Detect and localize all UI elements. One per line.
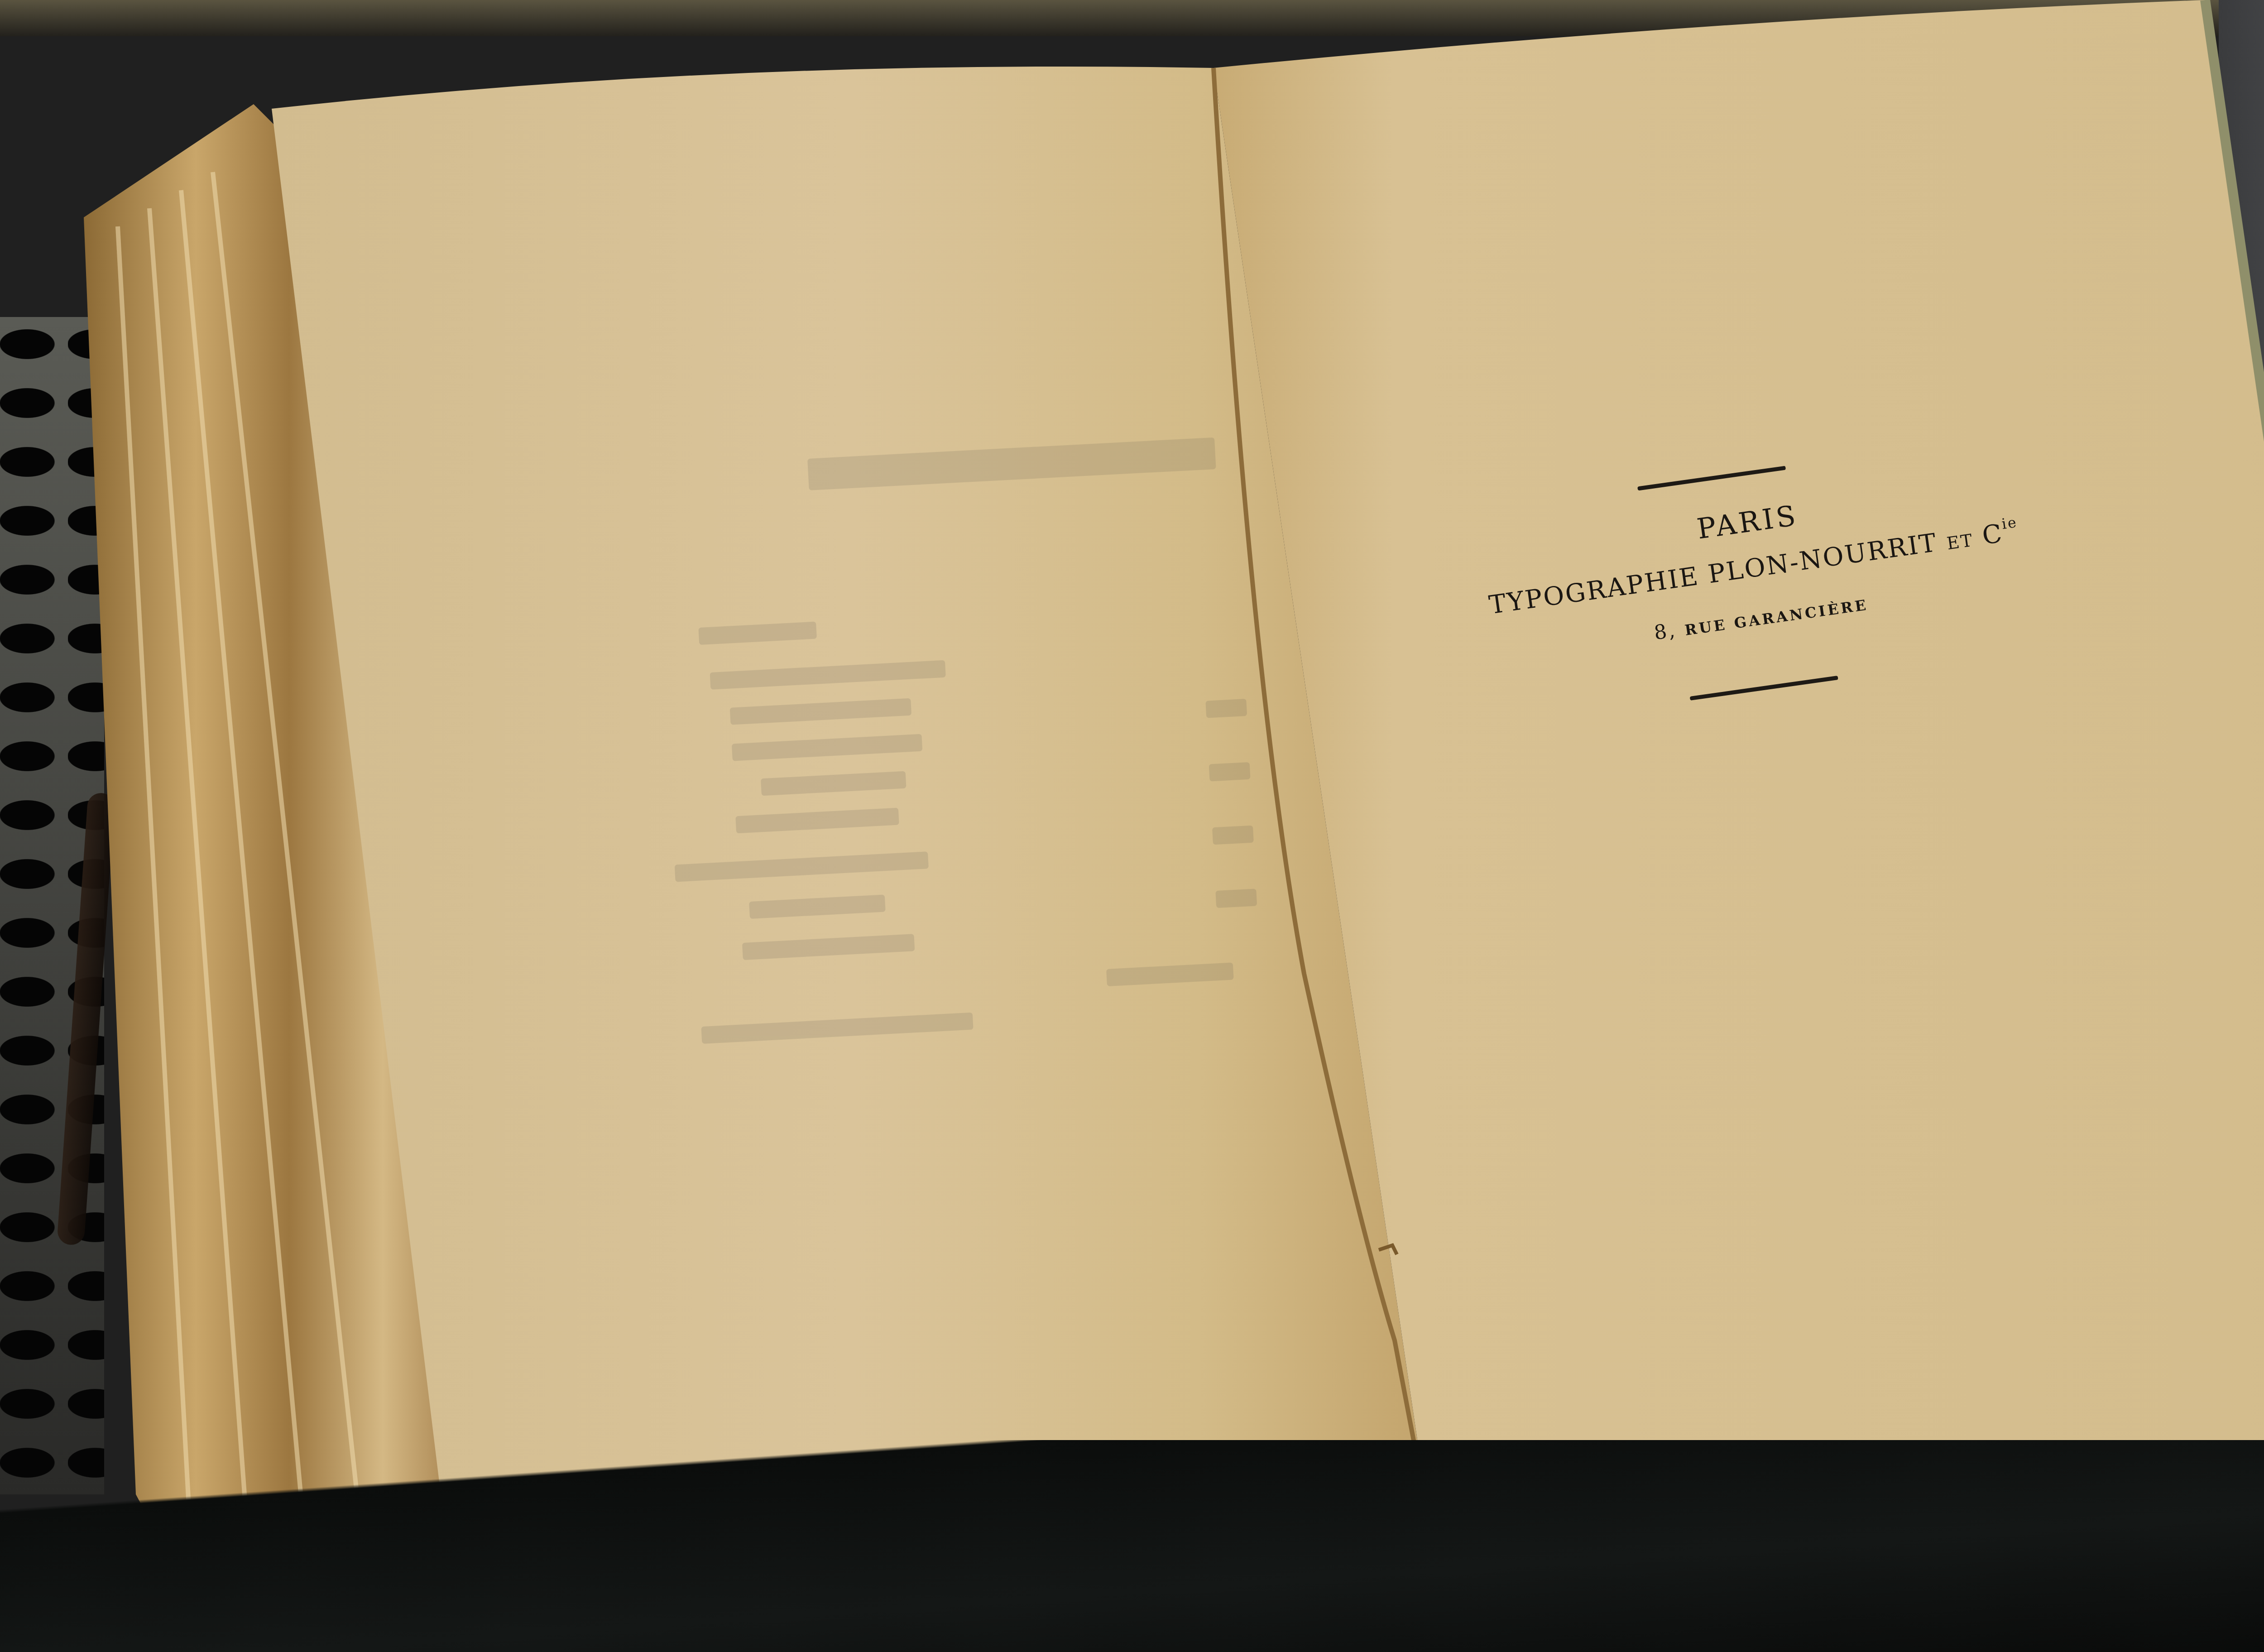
address-street: RUE GARANCIÈRE	[1684, 596, 1869, 639]
black-tray-edge	[0, 1440, 2264, 1652]
photo-scene: PARIS TYPOGRAPHIE PLON-NOURRIT ET Cie 8,…	[0, 0, 2264, 1652]
printer-et: ET	[1946, 530, 1975, 554]
printer-company-sup: ie	[2000, 514, 2019, 533]
imprint-rule-bottom	[1690, 676, 1838, 701]
address-number: 8,	[1653, 619, 1679, 644]
show-through-text	[571, 418, 1285, 1131]
imprint-rule-top	[1637, 466, 1786, 491]
